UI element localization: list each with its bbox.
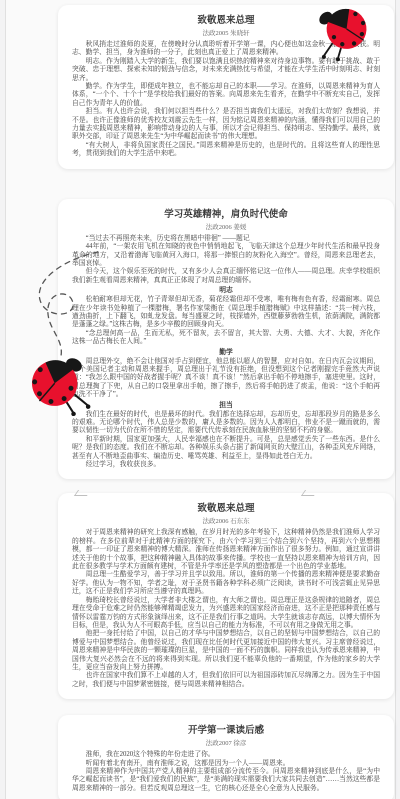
essay-paragraph: 对于周恩来精神的研究上我深有感触，在岁月时光的多年考验下，这种精神仍然是我们淮师… <box>72 529 380 571</box>
page-curl-icon <box>74 490 91 496</box>
essay-byline: 法政2006 姜媛 <box>72 223 380 232</box>
essay-quote: “念总理何高一品，生而无私，死不留灰，去不留言，其大智、大勇、大德、大才、大貌，… <box>72 330 380 347</box>
essay-paragraph: 和平新时期，国家更加强大，人民幸福感也在不断提升。可是，总是感觉丢失了一些东西。… <box>72 436 380 461</box>
essay-paragraph: 担当。有人也许会说，我们何以担当些什么？是否担当离我们太遥远，对我们太苛刻？我想… <box>72 108 380 142</box>
essay-subheading: 明志 <box>72 286 380 295</box>
content-column: 致敬恩来总理 法政2005 朱晓轩 秋风捎走过淮师的炎夏，在傍晚时分认真聆听着开… <box>0 0 400 799</box>
page-curl-icon <box>301 490 318 496</box>
essay-byline: 法政2006 石东东 <box>72 517 380 526</box>
essay-paragraph: 周恩来精神作为中国共产党人精神的主要组成部分流传至今。问周恩来精神到底是什么，是… <box>72 768 380 793</box>
essay-paragraph: 但今天，这个娱乐至死的时代，又有多少人会真正缅怀铭记这一位伟人——周总理。庆幸学… <box>72 268 380 285</box>
essay-epigraph: “当过去不再照亮未来，历史将在黑暗中徘徊” ——题记 <box>72 235 380 243</box>
essay-paragraph: 也许在国家中我们算不上卓越的人才，但我们依旧可以为祖国添砖加瓦尽绵薄之力。因为生… <box>72 672 380 689</box>
essay-paragraph: “有大树人，非将负国家责任之国民。”周恩来精神是历史的，也是时代的。且将这些育人… <box>72 142 380 159</box>
essay-paragraph: 他把一身托付给了中国，以自己的才华与中国梦想结合，以自己的坚韧与中国梦想结合，以… <box>72 630 380 672</box>
essay-title: 学习英雄精神，肩负时代使命 <box>72 209 380 221</box>
essay-paragraph: 周总理外交，绝不会让他国对手占到便宜，他总能以超人的智慧，应对自如。在日内瓦会议… <box>72 358 380 400</box>
essay-card: 致敬恩来总理 法政2006 石东东 对于周恩来精神的研究上我深有感触，在岁月时光… <box>58 493 394 699</box>
essay-paragraph: 44年前，“一架农用飞机在知晓的夜色中悄悄地起飞，飞临天津这个总理少年时代生活和… <box>72 243 380 268</box>
essay-byline: 法政2005 朱晓轩 <box>72 29 380 38</box>
essay-paragraph: 松柏耐寒但却无花，竹子青翠但却无香，菊花经霜但却不受寒，唯有梅有色有香，经霜耐寒… <box>72 296 380 330</box>
essay-paragraph: 经过学习，我收获良多。 <box>72 461 380 469</box>
essay-card: 开学第一课读后感 法政2007 徐彦 淮师，我在2020这个特殊的年份走进了你。… <box>58 715 394 799</box>
essay-paragraph: 梅贻琦校长曾经说过，大学者非大楼之谓也，有大师之谓也。周总理正是这条规律的追随者… <box>72 597 380 631</box>
essay-title: 致敬恩来总理 <box>72 15 380 27</box>
essay-byline: 法政2007 徐彦 <box>72 739 380 748</box>
essay-subheading: 勤学 <box>72 348 380 357</box>
essay-paragraph: 听闻有着北有南开，南有淮师之说，这都是因为一个人——周恩来。 <box>72 760 380 768</box>
essay-title: 致敬恩来总理 <box>72 503 380 515</box>
essay-paragraph: 周总理一生酷爱学习，善于学习并且学以致用。所以，淮师的第一个传播的恩来精神便是要… <box>72 571 380 596</box>
page: { "colors": { "ladybug_red": "#e8112d", … <box>0 0 400 799</box>
essay-paragraph: 淮师，我在2020这个特殊的年份走进了你。 <box>72 751 380 759</box>
essay-title: 开学第一课读后感 <box>72 725 380 737</box>
essay-paragraph: 秋风捎走过淮师的炎夏，在傍晚时分认真聆听着开学第一课，内心便也如这金秋一般满满收… <box>72 41 380 58</box>
essay-paragraph: 我们生在最好的时代，也是最坏的时代。我们都在选择忘却，忘却历史，忘却那段岁月的路… <box>72 411 380 436</box>
essay-paragraph: 明志。作为刚踏入大学的新生，我们要以饱满且炽热的精神来对待身边事物。要有敢于挑战… <box>72 58 380 83</box>
essay-paragraph: 勤学。作为学生，即便成年独立，也不能忘却自己的本职——学习。在淮师，以周恩来精神… <box>72 83 380 108</box>
essay-card: 致敬恩来总理 法政2005 朱晓轩 秋风捎走过淮师的炎夏，在傍晚时分认真聆听着开… <box>58 5 394 169</box>
essay-subheading: 担当 <box>72 401 380 410</box>
essay-card: 学习英雄精神，肩负时代使命 法政2006 姜媛 “当过去不再照亮未来，历史将在黑… <box>58 199 394 480</box>
